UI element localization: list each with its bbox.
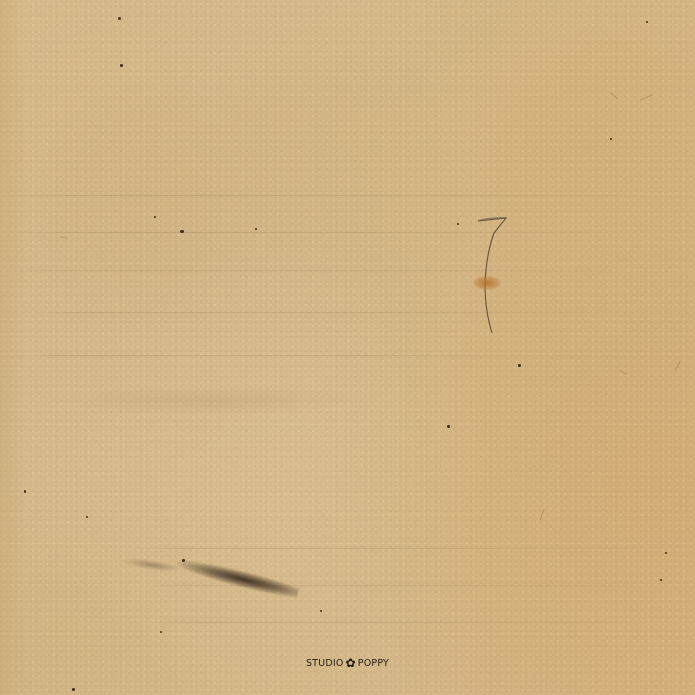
speck (86, 516, 88, 518)
speck (182, 559, 185, 562)
speck (120, 64, 123, 67)
faint-ruled-line (0, 195, 640, 196)
faint-ruled-line (140, 585, 640, 586)
faint-ruled-line (10, 232, 610, 233)
speck (320, 610, 322, 612)
speck (154, 216, 156, 218)
ink-stroke-mark (470, 215, 520, 335)
speck (610, 138, 612, 140)
speck (160, 631, 162, 633)
speck (447, 425, 450, 428)
faint-ruled-line (130, 548, 650, 549)
faded-handwriting (45, 385, 375, 415)
speck (118, 17, 121, 20)
watermark-right-text: POPPY (358, 658, 389, 669)
studio-poppy-watermark: STUDIO ✿ POPPY (0, 657, 695, 669)
speck (665, 552, 667, 554)
speck (646, 21, 648, 23)
speck (660, 579, 662, 581)
aged-paper-texture: STUDIO ✿ POPPY (0, 0, 695, 695)
paper-grain (0, 0, 695, 695)
speck (518, 364, 521, 367)
flower-icon: ✿ (346, 657, 356, 669)
faint-ruled-line (15, 312, 645, 313)
orange-stain (473, 276, 501, 290)
watermark-left-text: STUDIO (306, 658, 344, 669)
paper-edge-shade (0, 0, 25, 695)
speck (180, 230, 184, 233)
faint-ruled-line (150, 622, 630, 623)
speck (72, 688, 75, 691)
speck (457, 223, 459, 225)
faint-ruled-line (0, 355, 600, 356)
speck (255, 228, 257, 230)
faint-ruled-line (5, 270, 625, 271)
speck (24, 490, 26, 493)
